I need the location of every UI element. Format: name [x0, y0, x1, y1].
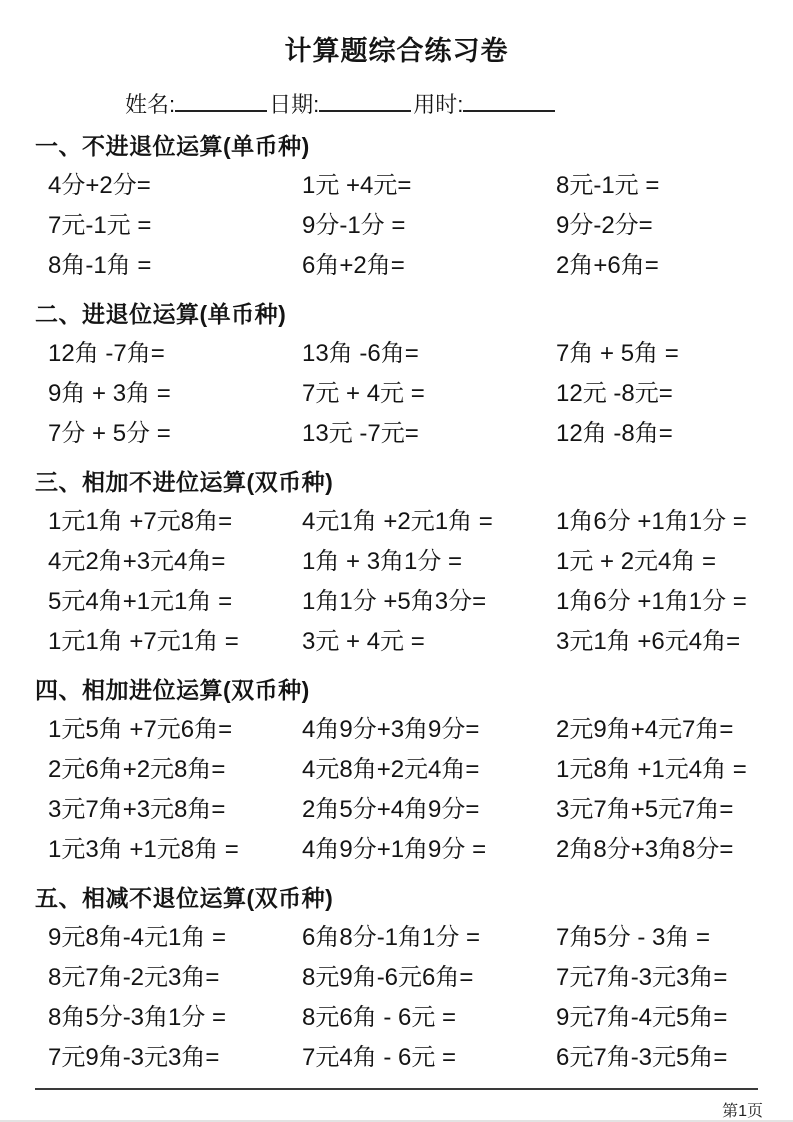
- problem: 3元7角+3元8角=: [48, 790, 302, 830]
- problem: 1元1角 +7元1角 =: [48, 622, 302, 662]
- problem: 7元4角 - 6元 =: [302, 1038, 556, 1078]
- problem: 4角9分+1角9分 =: [302, 830, 556, 870]
- problem: 3元1角 +6元4角=: [556, 622, 773, 662]
- problem: 7分 + 5分 =: [48, 414, 302, 454]
- date-label: 日期:: [269, 92, 319, 117]
- problem: 8元6角 - 6元 =: [302, 998, 556, 1038]
- problem: 7元9角-3元3角=: [48, 1038, 302, 1078]
- problem: 4元8角+2元4角=: [302, 750, 556, 790]
- section-4-grid: 1元5角 +7元6角= 4角9分+3角9分= 2元9角+4元7角= 2元6角+2…: [48, 710, 773, 870]
- footer-divider: [35, 1088, 758, 1090]
- problem: 8元9角-6元6角=: [302, 958, 556, 998]
- problem: 4元2角+3元4角=: [48, 542, 302, 582]
- problem: 4角9分+3角9分=: [302, 710, 556, 750]
- problem: 9角 + 3角 =: [48, 374, 302, 414]
- section-1-grid: 4分+2分= 1元 +4元= 8元-1元 = 7元-1元 = 9分-1分 = 9…: [48, 166, 773, 286]
- problem: 1角6分 +1角1分 =: [556, 582, 773, 622]
- problem: 1角6分 +1角1分 =: [556, 502, 773, 542]
- meta-header: 姓名:日期:用时:: [125, 88, 793, 118]
- date-blank-line: [319, 88, 411, 112]
- problem: 1元 +4元=: [302, 166, 556, 206]
- problem: 2角+6角=: [556, 246, 773, 286]
- problem: 2元9角+4元7角=: [556, 710, 773, 750]
- page-number: 第1页: [0, 1098, 793, 1121]
- section-5: 五、相减不退位运算(双币种) 9元8角-4元1角 = 6角8分-1角1分 = 7…: [0, 884, 793, 1078]
- problem: 12角 -8角=: [556, 414, 773, 454]
- problem: 7角 + 5角 =: [556, 334, 773, 374]
- problem: 13角 -6角=: [302, 334, 556, 374]
- problem: 8元-1元 =: [556, 166, 773, 206]
- problem: 6元7角-3元5角=: [556, 1038, 773, 1078]
- problem: 9分-1分 =: [302, 206, 556, 246]
- problem: 12元 -8元=: [556, 374, 773, 414]
- problem: 13元 -7元=: [302, 414, 556, 454]
- section-5-heading: 五、相减不退位运算(双币种): [35, 884, 793, 912]
- problem: 2角8分+3角8分=: [556, 830, 773, 870]
- worksheet-page: { "page": { "title": "计算题综合练习卷", "footer…: [0, 0, 793, 1122]
- section-4-heading: 四、相加进位运算(双币种): [35, 676, 793, 704]
- problem: 1元1角 +7元8角=: [48, 502, 302, 542]
- problem: 4元1角 +2元1角 =: [302, 502, 556, 542]
- problem: 9元7角-4元5角=: [556, 998, 773, 1038]
- section-3: 三、相加不进位运算(双币种) 1元1角 +7元8角= 4元1角 +2元1角 = …: [0, 468, 793, 662]
- problem: 6角+2角=: [302, 246, 556, 286]
- section-2: 二、进退位运算(单币种) 12角 -7角= 13角 -6角= 7角 + 5角 =…: [0, 300, 793, 454]
- problem: 12角 -7角=: [48, 334, 302, 374]
- section-1-heading: 一、不进退位运算(单币种): [35, 132, 793, 160]
- section-4: 四、相加进位运算(双币种) 1元5角 +7元6角= 4角9分+3角9分= 2元9…: [0, 676, 793, 870]
- problem: 6角8分-1角1分 =: [302, 918, 556, 958]
- problem: 7角5分 - 3角 =: [556, 918, 773, 958]
- section-3-grid: 1元1角 +7元8角= 4元1角 +2元1角 = 1角6分 +1角1分 = 4元…: [48, 502, 773, 662]
- problem: 1元 + 2元4角 =: [556, 542, 773, 582]
- section-5-grid: 9元8角-4元1角 = 6角8分-1角1分 = 7角5分 - 3角 = 8元7角…: [48, 918, 773, 1078]
- section-2-grid: 12角 -7角= 13角 -6角= 7角 + 5角 = 9角 + 3角 = 7元…: [48, 334, 773, 454]
- problem: 9元8角-4元1角 =: [48, 918, 302, 958]
- page-title: 计算题综合练习卷: [0, 18, 793, 68]
- problem: 8元7角-2元3角=: [48, 958, 302, 998]
- problem: 2角5分+4角9分=: [302, 790, 556, 830]
- problem: 1角1分 +5角3分=: [302, 582, 556, 622]
- problem: 5元4角+1元1角 =: [48, 582, 302, 622]
- problem: 8角5分-3角1分 =: [48, 998, 302, 1038]
- time-blank-line: [463, 88, 555, 112]
- time-label: 用时:: [413, 92, 463, 117]
- problem: 1元3角 +1元8角 =: [48, 830, 302, 870]
- problem: 1元8角 +1元4角 =: [556, 750, 773, 790]
- problem: 4分+2分=: [48, 166, 302, 206]
- problem: 8角-1角 =: [48, 246, 302, 286]
- section-2-heading: 二、进退位运算(单币种): [35, 300, 793, 328]
- name-label: 姓名:: [125, 92, 175, 117]
- problem: 9分-2分=: [556, 206, 773, 246]
- section-1: 一、不进退位运算(单币种) 4分+2分= 1元 +4元= 8元-1元 = 7元-…: [0, 132, 793, 286]
- problem: 2元6角+2元8角=: [48, 750, 302, 790]
- name-blank-line: [175, 88, 267, 112]
- problem: 7元-1元 =: [48, 206, 302, 246]
- problem: 1元5角 +7元6角=: [48, 710, 302, 750]
- section-3-heading: 三、相加不进位运算(双币种): [35, 468, 793, 496]
- problem: 7元 + 4元 =: [302, 374, 556, 414]
- problem: 1角 + 3角1分 =: [302, 542, 556, 582]
- problem: 7元7角-3元3角=: [556, 958, 773, 998]
- problem: 3元 + 4元 =: [302, 622, 556, 662]
- problem: 3元7角+5元7角=: [556, 790, 773, 830]
